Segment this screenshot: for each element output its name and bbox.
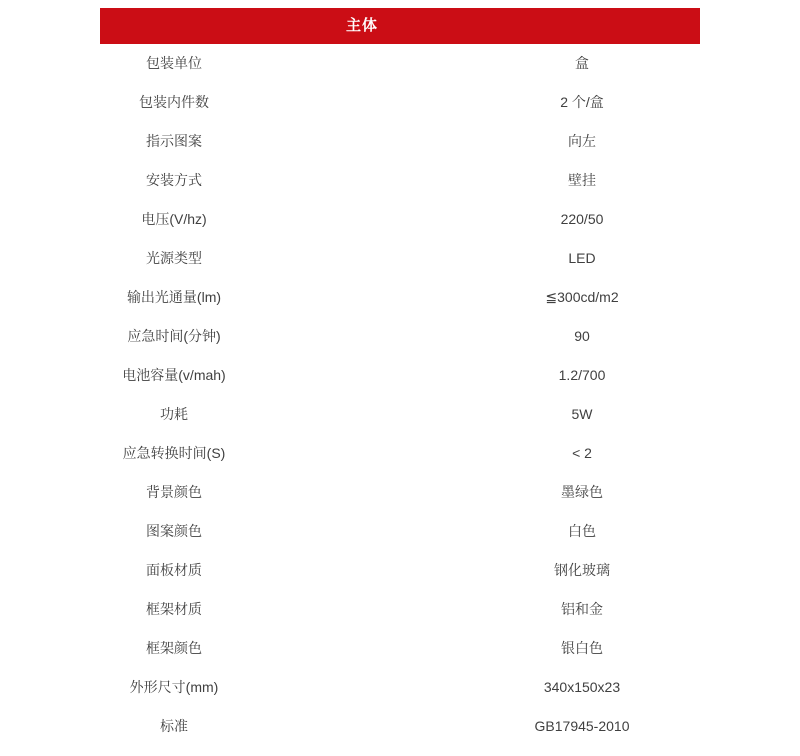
table-row: 指示图案向左: [100, 122, 700, 161]
table-title: 主体: [346, 17, 378, 34]
table-row: 应急转换时间(S)< 2: [100, 434, 700, 473]
table-row: 应急时间(分钟)90: [100, 317, 700, 356]
row-value: 壁挂: [464, 161, 700, 200]
table-row: 面板材质钢化玻璃: [100, 551, 700, 590]
row-value: 220/50: [464, 200, 700, 239]
row-value: 90: [464, 317, 700, 356]
row-value: 钢化玻璃: [464, 551, 700, 590]
row-label: 包装单位: [100, 44, 248, 83]
table-row: 输出光通量(lm)≦300cd/m2: [100, 278, 700, 317]
table-row: 安装方式壁挂: [100, 161, 700, 200]
row-value: 2 个/盒: [464, 83, 700, 122]
row-label: 安装方式: [100, 161, 248, 200]
table-row: 框架材质铝和金: [100, 590, 700, 629]
table-row: 功耗5W: [100, 395, 700, 434]
table-row: 框架颜色银白色: [100, 629, 700, 668]
row-value: < 2: [464, 434, 700, 473]
row-value: 340x150x23: [464, 668, 700, 707]
table-header: 主体: [100, 8, 700, 44]
table-row: 电池容量(v/mah)1.2/700: [100, 356, 700, 395]
table-row: 外形尺寸(mm)340x150x23: [100, 668, 700, 707]
table-row: 电压(V/hz)220/50: [100, 200, 700, 239]
row-label: 应急转换时间(S): [100, 434, 248, 473]
row-label: 电压(V/hz): [100, 200, 248, 239]
row-label: 指示图案: [100, 122, 248, 161]
row-label: 背景颜色: [100, 473, 248, 512]
row-value: 银白色: [464, 629, 700, 668]
row-label: 输出光通量(lm): [100, 278, 248, 317]
spec-table: 主体 包装单位盒包装内件数2 个/盒指示图案向左安装方式壁挂电压(V/hz)22…: [100, 8, 700, 746]
row-value: 1.2/700: [464, 356, 700, 395]
row-value: 铝和金: [464, 590, 700, 629]
row-label: 标准: [100, 707, 248, 746]
table-row: 光源类型LED: [100, 239, 700, 278]
table-row: 标准GB17945-2010: [100, 707, 700, 746]
row-label: 包装内件数: [100, 83, 248, 122]
row-value: 5W: [464, 395, 700, 434]
row-value: 墨绿色: [464, 473, 700, 512]
row-value: LED: [464, 239, 700, 278]
row-label: 外形尺寸(mm): [100, 668, 248, 707]
row-label: 图案颜色: [100, 512, 248, 551]
row-value: 白色: [464, 512, 700, 551]
table-row: 包装单位盒: [100, 44, 700, 83]
row-value: GB17945-2010: [464, 707, 700, 746]
table-row: 图案颜色白色: [100, 512, 700, 551]
row-label: 框架颜色: [100, 629, 248, 668]
row-label: 应急时间(分钟): [100, 317, 248, 356]
row-value: 盒: [464, 44, 700, 83]
table-row: 背景颜色墨绿色: [100, 473, 700, 512]
row-label: 面板材质: [100, 551, 248, 590]
row-label: 框架材质: [100, 590, 248, 629]
table-body: 包装单位盒包装内件数2 个/盒指示图案向左安装方式壁挂电压(V/hz)220/5…: [100, 44, 700, 746]
row-value: ≦300cd/m2: [464, 278, 700, 317]
row-label: 光源类型: [100, 239, 248, 278]
row-label: 功耗: [100, 395, 248, 434]
row-value: 向左: [464, 122, 700, 161]
row-label: 电池容量(v/mah): [100, 356, 248, 395]
table-row: 包装内件数2 个/盒: [100, 83, 700, 122]
